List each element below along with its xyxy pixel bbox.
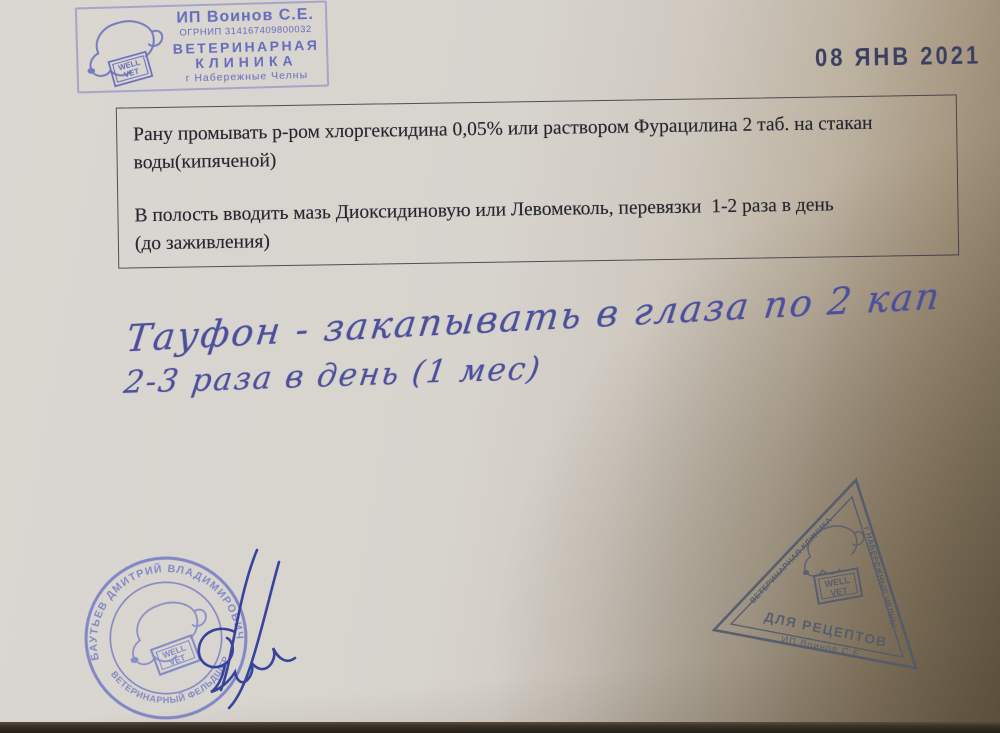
triangle-right-edge-text: г НАБЕРЕЖНЫЕ ЧЕЛНЫ bbox=[862, 526, 899, 629]
table-edge bbox=[0, 722, 1000, 733]
handwritten-note-line-1: Тауфон - закапывать в глаза по 2 кап bbox=[124, 274, 944, 360]
clinic-city: г Набережные Челны bbox=[171, 70, 323, 86]
svg-text:г НАБЕРЕЖНЫЕ ЧЕЛНЫ: г НАБЕРЕЖНЫЕ ЧЕЛНЫ bbox=[862, 526, 899, 629]
triangle-stamp: ВЕТЕРИНАРНАЯ КЛИНИКА г НАБЕРЕЖНЫЕ ЧЕЛНЫ … bbox=[696, 450, 968, 682]
clinic-stamp-text: ИП Воинов С.Е. ОГРНИП 314167409800032 ВЕ… bbox=[169, 6, 327, 86]
date-stamp: 08 ЯНВ 2021 bbox=[815, 41, 982, 73]
signature bbox=[183, 540, 301, 712]
triangle-badge: WELL VET bbox=[814, 568, 862, 603]
prescription-box: Рану промывать р-ром хлоргексидина 0,05%… bbox=[116, 94, 959, 268]
handwritten-note-line-2: 2-3 раза в день (1 мес) bbox=[122, 351, 544, 402]
prescription-photo: WELL VET ИП Воинов С.Е. ОГРНИП 314167409… bbox=[0, 0, 1000, 733]
badge-text-vet: VET bbox=[830, 585, 849, 598]
dog-logo-icon: WELL VET bbox=[77, 8, 171, 91]
clinic-stamp-logo: WELL VET bbox=[77, 8, 171, 91]
clinic-stamp: WELL VET ИП Воинов С.Е. ОГРНИП 314167409… bbox=[75, 0, 329, 93]
